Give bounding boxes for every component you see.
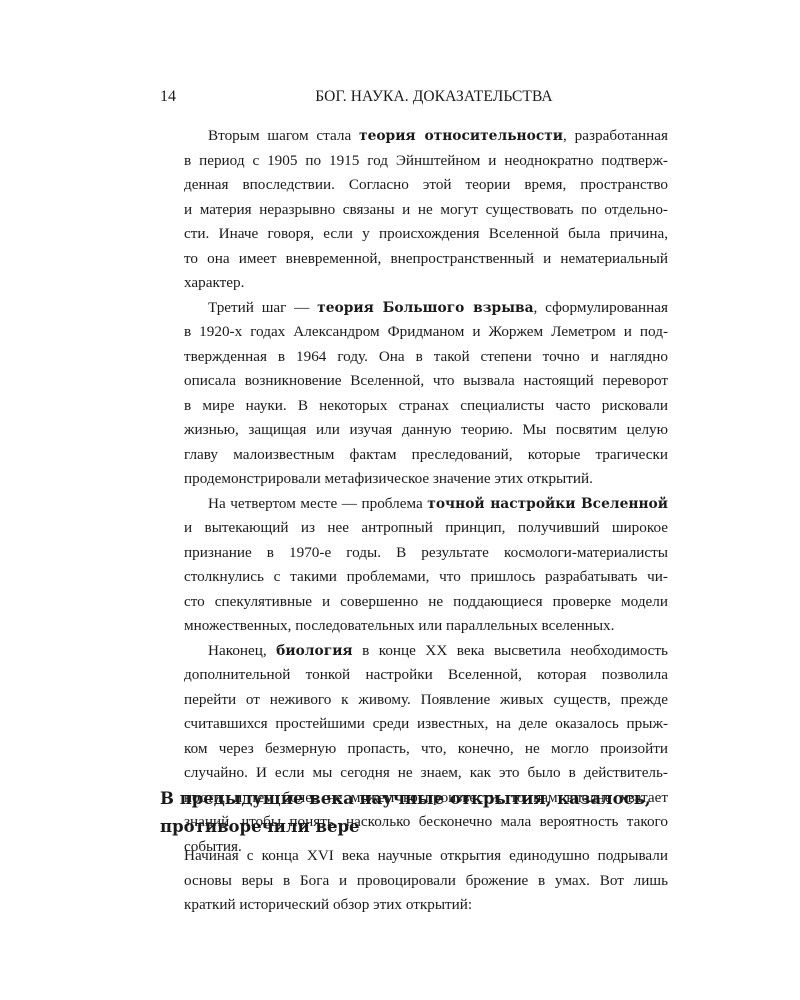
paragraph-line: главу малоизвестным фактам преследований… <box>184 443 668 468</box>
paragraph-line: в мире науки. В некоторых странах специа… <box>184 394 668 419</box>
paragraph-line: то она имеет вневременной, внепространст… <box>184 247 668 272</box>
paragraph-line: дополнительной тонкой настройки Вселенно… <box>184 663 668 688</box>
final-paragraph: Начиная с конца XVI века научные открыти… <box>184 844 668 918</box>
paragraph-line: описала возникновение Вселенной, что выз… <box>184 369 668 394</box>
paragraph-line: Наконец, биология в конце XX века высвет… <box>184 639 668 664</box>
running-header: 14 БОГ. НАУКА. ДОКАЗАТЕЛЬСТВА <box>160 88 668 112</box>
paragraph-line: случайно. И если мы сегодня не знаем, ка… <box>184 761 668 786</box>
paragraph-line: сто спекулятивные и совершенно не поддаю… <box>184 590 668 615</box>
paragraph-line: краткий исторический обзор этих открытий… <box>184 893 668 918</box>
section-heading-line: противоречили вере <box>160 813 668 841</box>
paragraph-line: перейти от неживого к живому. Появление … <box>184 688 668 713</box>
paragraph-line: Вторым шагом стала теория относительност… <box>184 124 668 149</box>
book-title: БОГ. НАУКА. ДОКАЗАТЕЛЬСТВА <box>160 88 668 106</box>
paragraph-line: продемонстрировали метафизическое значен… <box>184 467 668 492</box>
paragraph-line: жизнью, защищая или изучая данную теорию… <box>184 418 668 443</box>
paragraph-line: Третий шаг — теория Большого взрыва, сфо… <box>184 296 668 321</box>
book-page: 14 БОГ. НАУКА. ДОКАЗАТЕЛЬСТВА Вторым шаг… <box>0 0 800 1000</box>
paragraph-line: в 1920-х годах Александром Фридманом и Ж… <box>184 320 668 345</box>
paragraph-line: основы веры в Бога и провоцировали броже… <box>184 869 668 894</box>
paragraph-line: и вытекающий из нее антропный принцип, п… <box>184 516 668 541</box>
paragraph-line: На четвертом месте — проблема точной нас… <box>184 492 668 517</box>
paragraph-line: в период с 1905 по 1915 год Эйнштейном и… <box>184 149 668 174</box>
paragraph-line: сти. Иначе говоря, если у происхождения … <box>184 222 668 247</box>
section-heading-line: В предыдущие века научные открытия, каза… <box>160 785 668 813</box>
paragraph-line: множественных, последовательных или пара… <box>184 614 668 639</box>
bold-term: точной настройки Вселенной <box>427 496 668 512</box>
paragraph-line: ком через безмерную пропасть, что, конеч… <box>184 737 668 762</box>
paragraph-line: твержденная в 1964 году. Она в такой сте… <box>184 345 668 370</box>
paragraph-line: характер. <box>184 271 668 296</box>
paragraph-line: столкнулись с такими проблемами, что при… <box>184 565 668 590</box>
bold-term: теория Большого взрыва <box>317 300 533 316</box>
paragraph-line: считавшихся простейшими среди известных,… <box>184 712 668 737</box>
bold-term: теория относительности <box>359 128 563 144</box>
paragraph-line: денная впоследствии. Согласно этой теори… <box>184 173 668 198</box>
paragraph-line: Начиная с конца XVI века научные открыти… <box>184 844 668 869</box>
bold-term: биология <box>276 643 352 659</box>
paragraph-line: признание в 1970-е годы. В результате ко… <box>184 541 668 566</box>
body-text: Вторым шагом стала теория относительност… <box>184 124 668 859</box>
section-heading: В предыдущие века научные открытия, каза… <box>160 785 668 841</box>
paragraph-line: и материя неразрывно связаны и не могут … <box>184 198 668 223</box>
